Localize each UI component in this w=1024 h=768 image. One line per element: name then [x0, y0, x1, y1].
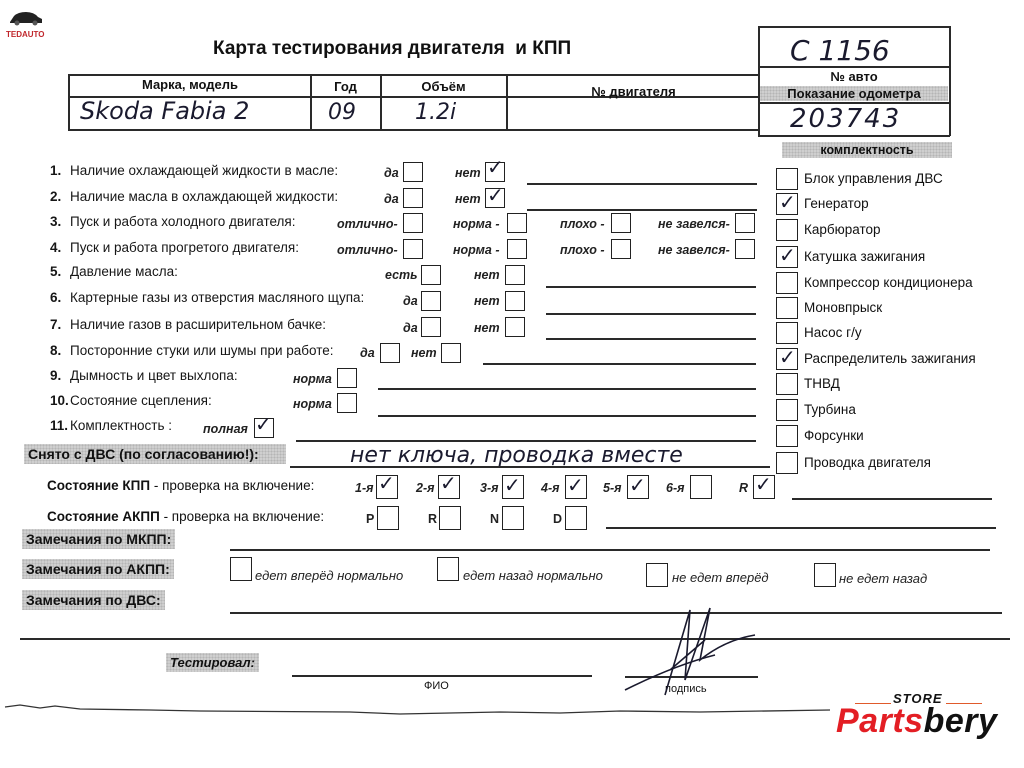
q7-no-checkbox[interactable] — [505, 317, 525, 337]
removed-handwritten-note[interactable]: нет ключа, проводка вместе — [350, 443, 683, 468]
header-volume: Объём — [381, 79, 506, 94]
q3-excellent-checkbox[interactable] — [403, 213, 423, 233]
plate-label: № авто — [760, 69, 948, 84]
q7-yes-checkbox[interactable] — [421, 317, 441, 337]
fio-label: ФИО — [424, 680, 449, 692]
akpp-label: Состояние АКПП - проверка на включение: — [47, 509, 324, 524]
tedauto-logo: TEDAUTO — [6, 8, 46, 38]
check-mark-icon: ✓ — [378, 473, 395, 493]
completeness-header: комплектность — [782, 142, 952, 158]
tested-by-label: Тестировал: — [166, 653, 259, 672]
remarks-dvs-label: Замечания по ДВС: — [22, 590, 165, 610]
q8-no-checkbox[interactable] — [441, 343, 461, 363]
gear-4-checkbox[interactable]: ✓ — [565, 475, 587, 499]
q11-full-checkbox[interactable]: ✓ — [254, 418, 274, 438]
check-mark-icon: ✓ — [779, 192, 796, 212]
header-year: Год — [311, 79, 380, 94]
gear-3-checkbox[interactable]: ✓ — [502, 475, 524, 499]
car-icon — [8, 10, 44, 26]
gear-5-checkbox[interactable]: ✓ — [627, 475, 649, 499]
gear-r-checkbox[interactable]: ✓ — [753, 475, 775, 499]
q10-normal-checkbox[interactable] — [337, 393, 357, 413]
akpp-d-checkbox[interactable] — [565, 506, 587, 530]
tedauto-text: TEDAUTO — [6, 30, 45, 39]
akpp-reverse-ok-checkbox[interactable] — [437, 557, 459, 581]
akpp-p-checkbox[interactable] — [377, 506, 399, 530]
check-mark-icon: ✓ — [440, 473, 457, 493]
akpp-no-forward-checkbox[interactable] — [646, 563, 668, 587]
question-7: 7.Наличие газов в расширительном бачке: — [50, 317, 326, 332]
question-1: 1.Наличие охлаждающей жидкости в масле: — [50, 163, 338, 178]
question-10: 10.Состояние сцепления: — [50, 393, 212, 408]
q6-no-checkbox[interactable] — [505, 291, 525, 311]
value-make-model[interactable]: Skoda Fabia 2 — [80, 97, 249, 125]
check-mark-icon: ✓ — [779, 347, 796, 367]
header-engine-number: № двигателя — [507, 84, 760, 99]
question-9: 9.Дымность и цвет выхлопа: — [50, 368, 238, 383]
question-6: 6.Картерные газы из отверстия масляного … — [50, 290, 364, 305]
page-title: Карта тестирования двигателя и КПП — [213, 38, 571, 60]
q5-yes-checkbox[interactable] — [421, 265, 441, 285]
question-5: 5.Давление масла: — [50, 264, 178, 279]
akpp-n-checkbox[interactable] — [502, 506, 524, 530]
question-8: 8.Посторонние стуки или шумы при работе: — [50, 343, 334, 358]
header-make-model: Марка, модель — [70, 77, 310, 92]
question-4: 4.Пуск и работа прогретого двигателя: — [50, 240, 299, 255]
q5-no-checkbox[interactable] — [505, 265, 525, 285]
akpp-no-reverse-checkbox[interactable] — [814, 563, 836, 587]
plate-value[interactable]: C 1156 — [790, 34, 890, 67]
q2-yes-checkbox[interactable] — [403, 188, 423, 208]
check-mark-icon: ✓ — [779, 245, 796, 265]
check-mark-icon: ✓ — [255, 414, 272, 434]
q4-normal-checkbox[interactable] — [507, 239, 527, 259]
q8-yes-checkbox[interactable] — [380, 343, 400, 363]
remarks-akpp-label: Замечания по АКПП: — [22, 559, 174, 579]
check-mark-icon: ✓ — [487, 157, 504, 177]
value-year[interactable]: 09 — [328, 100, 356, 125]
check-mark-icon: ✓ — [567, 475, 584, 495]
q1-no-checkbox[interactable]: ✓ — [485, 162, 505, 182]
kpp-label: Состояние КПП - проверка на включение: — [47, 478, 314, 493]
brand-bery: bery — [924, 702, 998, 740]
q3-not-started-checkbox[interactable] — [735, 213, 755, 233]
akpp-r-checkbox[interactable] — [439, 506, 461, 530]
brand-parts: Parts — [836, 702, 924, 740]
gear-1-checkbox[interactable]: ✓ — [376, 475, 398, 499]
question-11: 11.Комплектность : — [50, 418, 172, 433]
q6-yes-checkbox[interactable] — [421, 291, 441, 311]
q3-normal-checkbox[interactable] — [507, 213, 527, 233]
removed-label: Снято с ДВС (по согласованию!): — [24, 444, 286, 464]
q4-not-started-checkbox[interactable] — [735, 239, 755, 259]
check-mark-icon: ✓ — [755, 474, 772, 494]
paper-edge — [0, 700, 830, 720]
question-3: 3.Пуск и работа холодного двигателя: — [50, 214, 296, 229]
question-2: 2.Наличие масла в охлаждающей жидкости: — [50, 189, 338, 204]
odometer-label: Показание одометра — [760, 86, 948, 101]
odometer-value[interactable]: 203743 — [790, 104, 901, 134]
check-mark-icon: ✓ — [629, 475, 646, 495]
q4-excellent-checkbox[interactable] — [403, 239, 423, 259]
signature-icon — [615, 600, 765, 700]
gear-6-checkbox[interactable] — [690, 475, 712, 499]
value-volume[interactable]: 1.2i — [415, 100, 456, 125]
remarks-mkpp-label: Замечания по МКПП: — [22, 529, 175, 549]
check-mark-icon: ✓ — [504, 475, 521, 495]
q1-yes-checkbox[interactable] — [403, 162, 423, 182]
q3-bad-checkbox[interactable] — [611, 213, 631, 233]
q4-bad-checkbox[interactable] — [611, 239, 631, 259]
q9-normal-checkbox[interactable] — [337, 368, 357, 388]
q2-no-checkbox[interactable]: ✓ — [485, 188, 505, 208]
check-mark-icon: ✓ — [487, 185, 504, 205]
akpp-forward-ok-checkbox[interactable] — [230, 557, 252, 581]
gear-2-checkbox[interactable]: ✓ — [438, 475, 460, 499]
